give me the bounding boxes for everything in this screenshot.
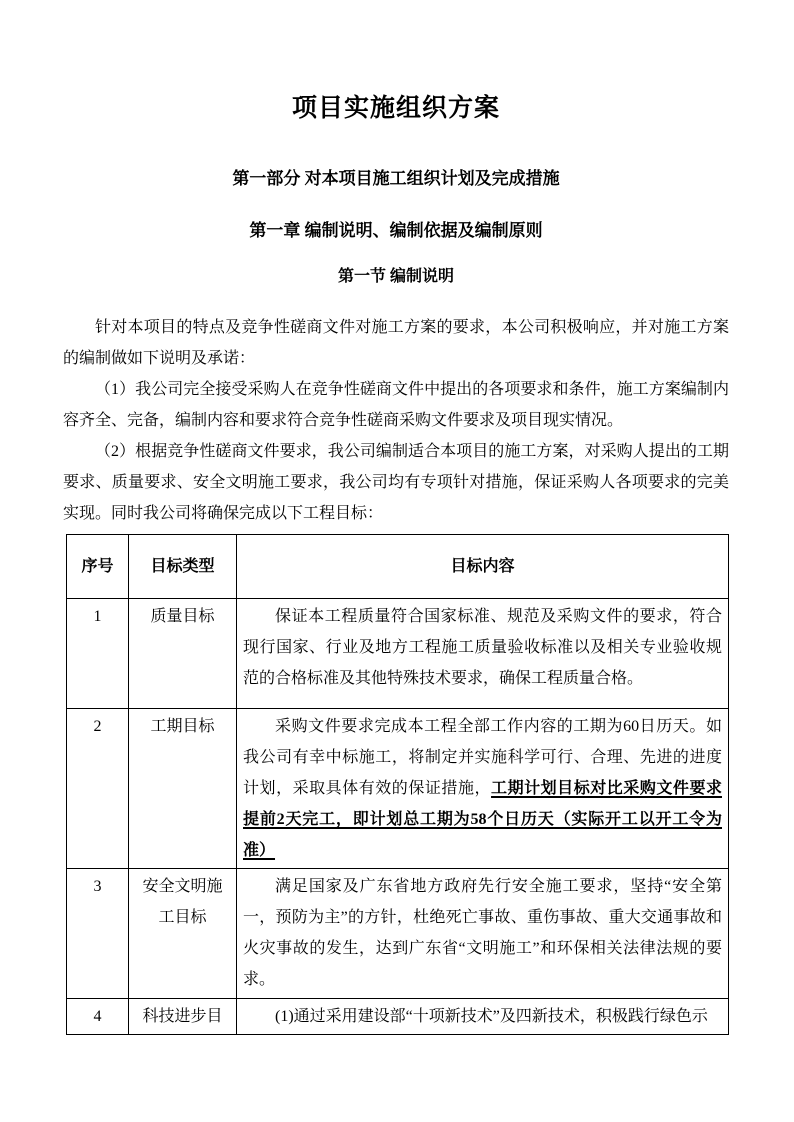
cell-seq: 3 — [67, 869, 129, 999]
col-header-content: 目标内容 — [237, 535, 729, 599]
cell-content: (1)通过采用建设部“十项新技术”及四新技术，积极践行绿色示 — [237, 999, 729, 1035]
document-page: 项目实施组织方案 第一部分 对本项目施工组织计划及完成措施 第一章 编制说明、编… — [0, 0, 794, 1122]
page-title: 项目实施组织方案 — [63, 92, 729, 126]
cell-content: 保证本工程质量符合国家标准、规范及采购文件的要求，符合现行国家、行业及地方工程施… — [237, 599, 729, 709]
cell-type-text: 科技进步目 — [135, 1001, 230, 1032]
table-row-technology-goal: 4 科技进步目 (1)通过采用建设部“十项新技术”及四新技术，积极践行绿色示 — [67, 999, 729, 1035]
heading-section: 第一节 编制说明 — [63, 268, 729, 286]
goals-table-header-row: 序号 目标类型 目标内容 — [67, 535, 729, 599]
goals-table: 序号 目标类型 目标内容 1 质量目标 保证本工程质量符合国家标准、规范及采购文… — [66, 534, 729, 1035]
heading-chapter: 第一章 编制说明、编制依据及编制原则 — [63, 221, 729, 240]
paragraph-item-1: （1）我公司完全接受采购人在竞争性磋商文件中提出的各项要求和条件，施工方案编制内… — [63, 374, 729, 436]
cell-seq: 2 — [67, 709, 129, 869]
table-row-safety-goal: 3 安全文明施工目标 满足国家及广东省地方政府先行安全施工要求，坚持“安全第一，… — [67, 869, 729, 999]
paragraph-item-2: （2）根据竞争性磋商文件要求，我公司编制适合本项目的施工方案，对采购人提出的工期… — [63, 436, 729, 529]
table-row-quality-goal: 1 质量目标 保证本工程质量符合国家标准、规范及采购文件的要求，符合现行国家、行… — [67, 599, 729, 709]
body-text-block: 针对本项目的特点及竞争性磋商文件对施工方案的要求，本公司积极响应，并对施工方案的… — [63, 312, 729, 529]
cell-type: 工期目标 — [129, 709, 237, 869]
paragraph-intro: 针对本项目的特点及竞争性磋商文件对施工方案的要求，本公司积极响应，并对施工方案的… — [63, 312, 729, 374]
cell-content: 采购文件要求完成本工程全部工作内容的工期为60日历天。如我公司有幸中标施工，将制… — [237, 709, 729, 869]
heading-part: 第一部分 对本项目施工组织计划及完成措施 — [63, 169, 729, 188]
cell-seq: 1 — [67, 599, 129, 709]
cell-seq: 4 — [67, 999, 129, 1035]
cell-content: 满足国家及广东省地方政府先行安全施工要求，坚持“安全第一，预防为主”的方针，杜绝… — [237, 869, 729, 999]
col-header-type: 目标类型 — [129, 535, 237, 599]
cell-content-text: (1)通过采用建设部“十项新技术”及四新技术，积极践行绿色示 — [243, 1001, 722, 1032]
cell-seq-text: 4 — [73, 1001, 122, 1032]
cell-type: 质量目标 — [129, 599, 237, 709]
cell-type: 安全文明施工目标 — [129, 869, 237, 999]
col-header-seq: 序号 — [67, 535, 129, 599]
cell-type: 科技进步目 — [129, 999, 237, 1035]
table-row-schedule-goal: 2 工期目标 采购文件要求完成本工程全部工作内容的工期为60日历天。如我公司有幸… — [67, 709, 729, 869]
